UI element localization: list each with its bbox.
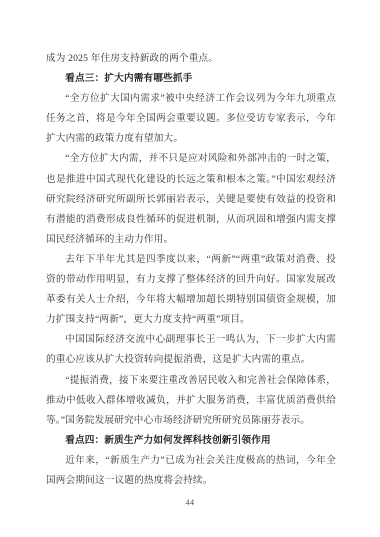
paragraph: 去年下半年尤其是四季度以来，“两新”“两重”政策对消费、投资的带动作用明显，有力…: [46, 250, 336, 330]
paragraph: 成为 2025 年住房支持新政的两个重点。: [46, 49, 336, 69]
document-page: 成为 2025 年住房支持新政的两个重点。 看点三：扩大内需有哪些抓手 “全方位…: [0, 0, 380, 537]
page-number: 44: [0, 498, 380, 507]
section-heading: 看点三：扩大内需有哪些抓手: [46, 69, 336, 89]
paragraph: 中国国际经济交流中心副理事长王一鸣认为，下一步扩大内需的重心应该从扩大投资转向提…: [46, 330, 336, 370]
paragraph: “全方位扩大内需，并不只是应对风险和外部冲击的一时之策，也是推进中国式现代化建设…: [46, 149, 336, 249]
paragraph: “全方位扩大国内需求”被中央经济工作会议列为今年九项重点任务之首，将是今年全国两…: [46, 89, 336, 149]
paragraph: “提振消费，接下来要注重改善居民收入和完善社会保障体系，推动中低收入群体增收减负…: [46, 371, 336, 431]
paragraph: 近年来，“新质生产力”已成为社会关注度极高的热词，今年全国两会期间这一议题的热度…: [46, 451, 336, 491]
section-heading: 看点四：新质生产力如何发挥科技创新引领作用: [46, 431, 336, 451]
page-content: 成为 2025 年住房支持新政的两个重点。 看点三：扩大内需有哪些抓手 “全方位…: [46, 49, 336, 491]
